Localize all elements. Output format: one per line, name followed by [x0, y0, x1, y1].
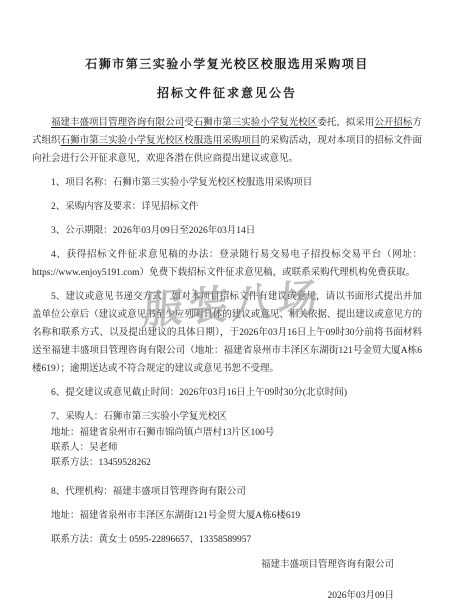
paragraph: 联系方法：13459528262 [32, 456, 422, 471]
paragraph: 地址：福建省泉州市石狮市锦尚镇卢厝村13片区100号 [32, 426, 422, 441]
paragraph: 4、获得招标文件征求意见稿的办法：登录随行易交易电子招投标交易平台（网址：htt… [32, 246, 422, 282]
underlined-text: 石狮市第三实验小学复光校区 [194, 118, 318, 128]
signature-company: 福建丰盛项目管理咨询有限公司 [32, 558, 422, 572]
paragraph: 5、建议或意见书递交方式：如对本项目招标文件有建议或意见，请以书面形式提出并加盖… [32, 288, 422, 378]
body-paragraphs: 1、项目名称：石狮市第三实验小学复光校区校服选用采购项目2、采购内容及要求：详见… [32, 174, 422, 549]
document-page: 服装八场 石狮市第三实验小学复光校区校服选用采购项目 招标文件征求意见公告 福建… [0, 0, 450, 600]
paragraph: 3、公示期限：2026年03月09日至2026年03月14日 [32, 222, 422, 240]
plain-text: 受 [184, 118, 194, 128]
paragraph: 地址：福建省泉州市丰泽区东湖街121号金贸大厦A栋6楼619 [32, 507, 422, 525]
document-subtitle: 招标文件征求意见公告 [32, 85, 422, 101]
paragraph: 2、采购内容及要求：详见招标文件 [32, 198, 422, 216]
document-title: 石狮市第三实验小学复光校区校服选用采购项目 [32, 56, 422, 72]
paragraph: 7、采购人：石狮市第三实验小学复光校区 [32, 408, 422, 426]
intro-paragraph: 福建丰盛项目管理咨询有限公司受石狮市第三实验小学复光校区委托，拟采用公开招标方式… [32, 114, 422, 168]
paragraph: 6、提交建议或意见截止时间：2026年03月16日上午09时30分(北京时间) [32, 384, 422, 402]
underlined-text: 公开招标 [374, 118, 412, 128]
signature-date: 2026年03月09日 [32, 589, 422, 600]
paragraph: 1、项目名称：石狮市第三实验小学复光校区校服选用采购项目 [32, 174, 422, 192]
underlined-text: 福建丰盛项目管理咨询有限公司 [51, 118, 184, 128]
underlined-text: 石狮市第三实验小学复光校区校服选用采购项目 [61, 136, 261, 146]
plain-text: 委托，拟采用 [317, 118, 374, 128]
paragraph: 8、代理机构：福建丰盛项目管理咨询有限公司 [32, 483, 422, 501]
paragraph: 联系人：吴老师 [32, 441, 422, 456]
paragraph: 联系方法：黄女士 0595-22896657、13358589957 [32, 531, 422, 549]
